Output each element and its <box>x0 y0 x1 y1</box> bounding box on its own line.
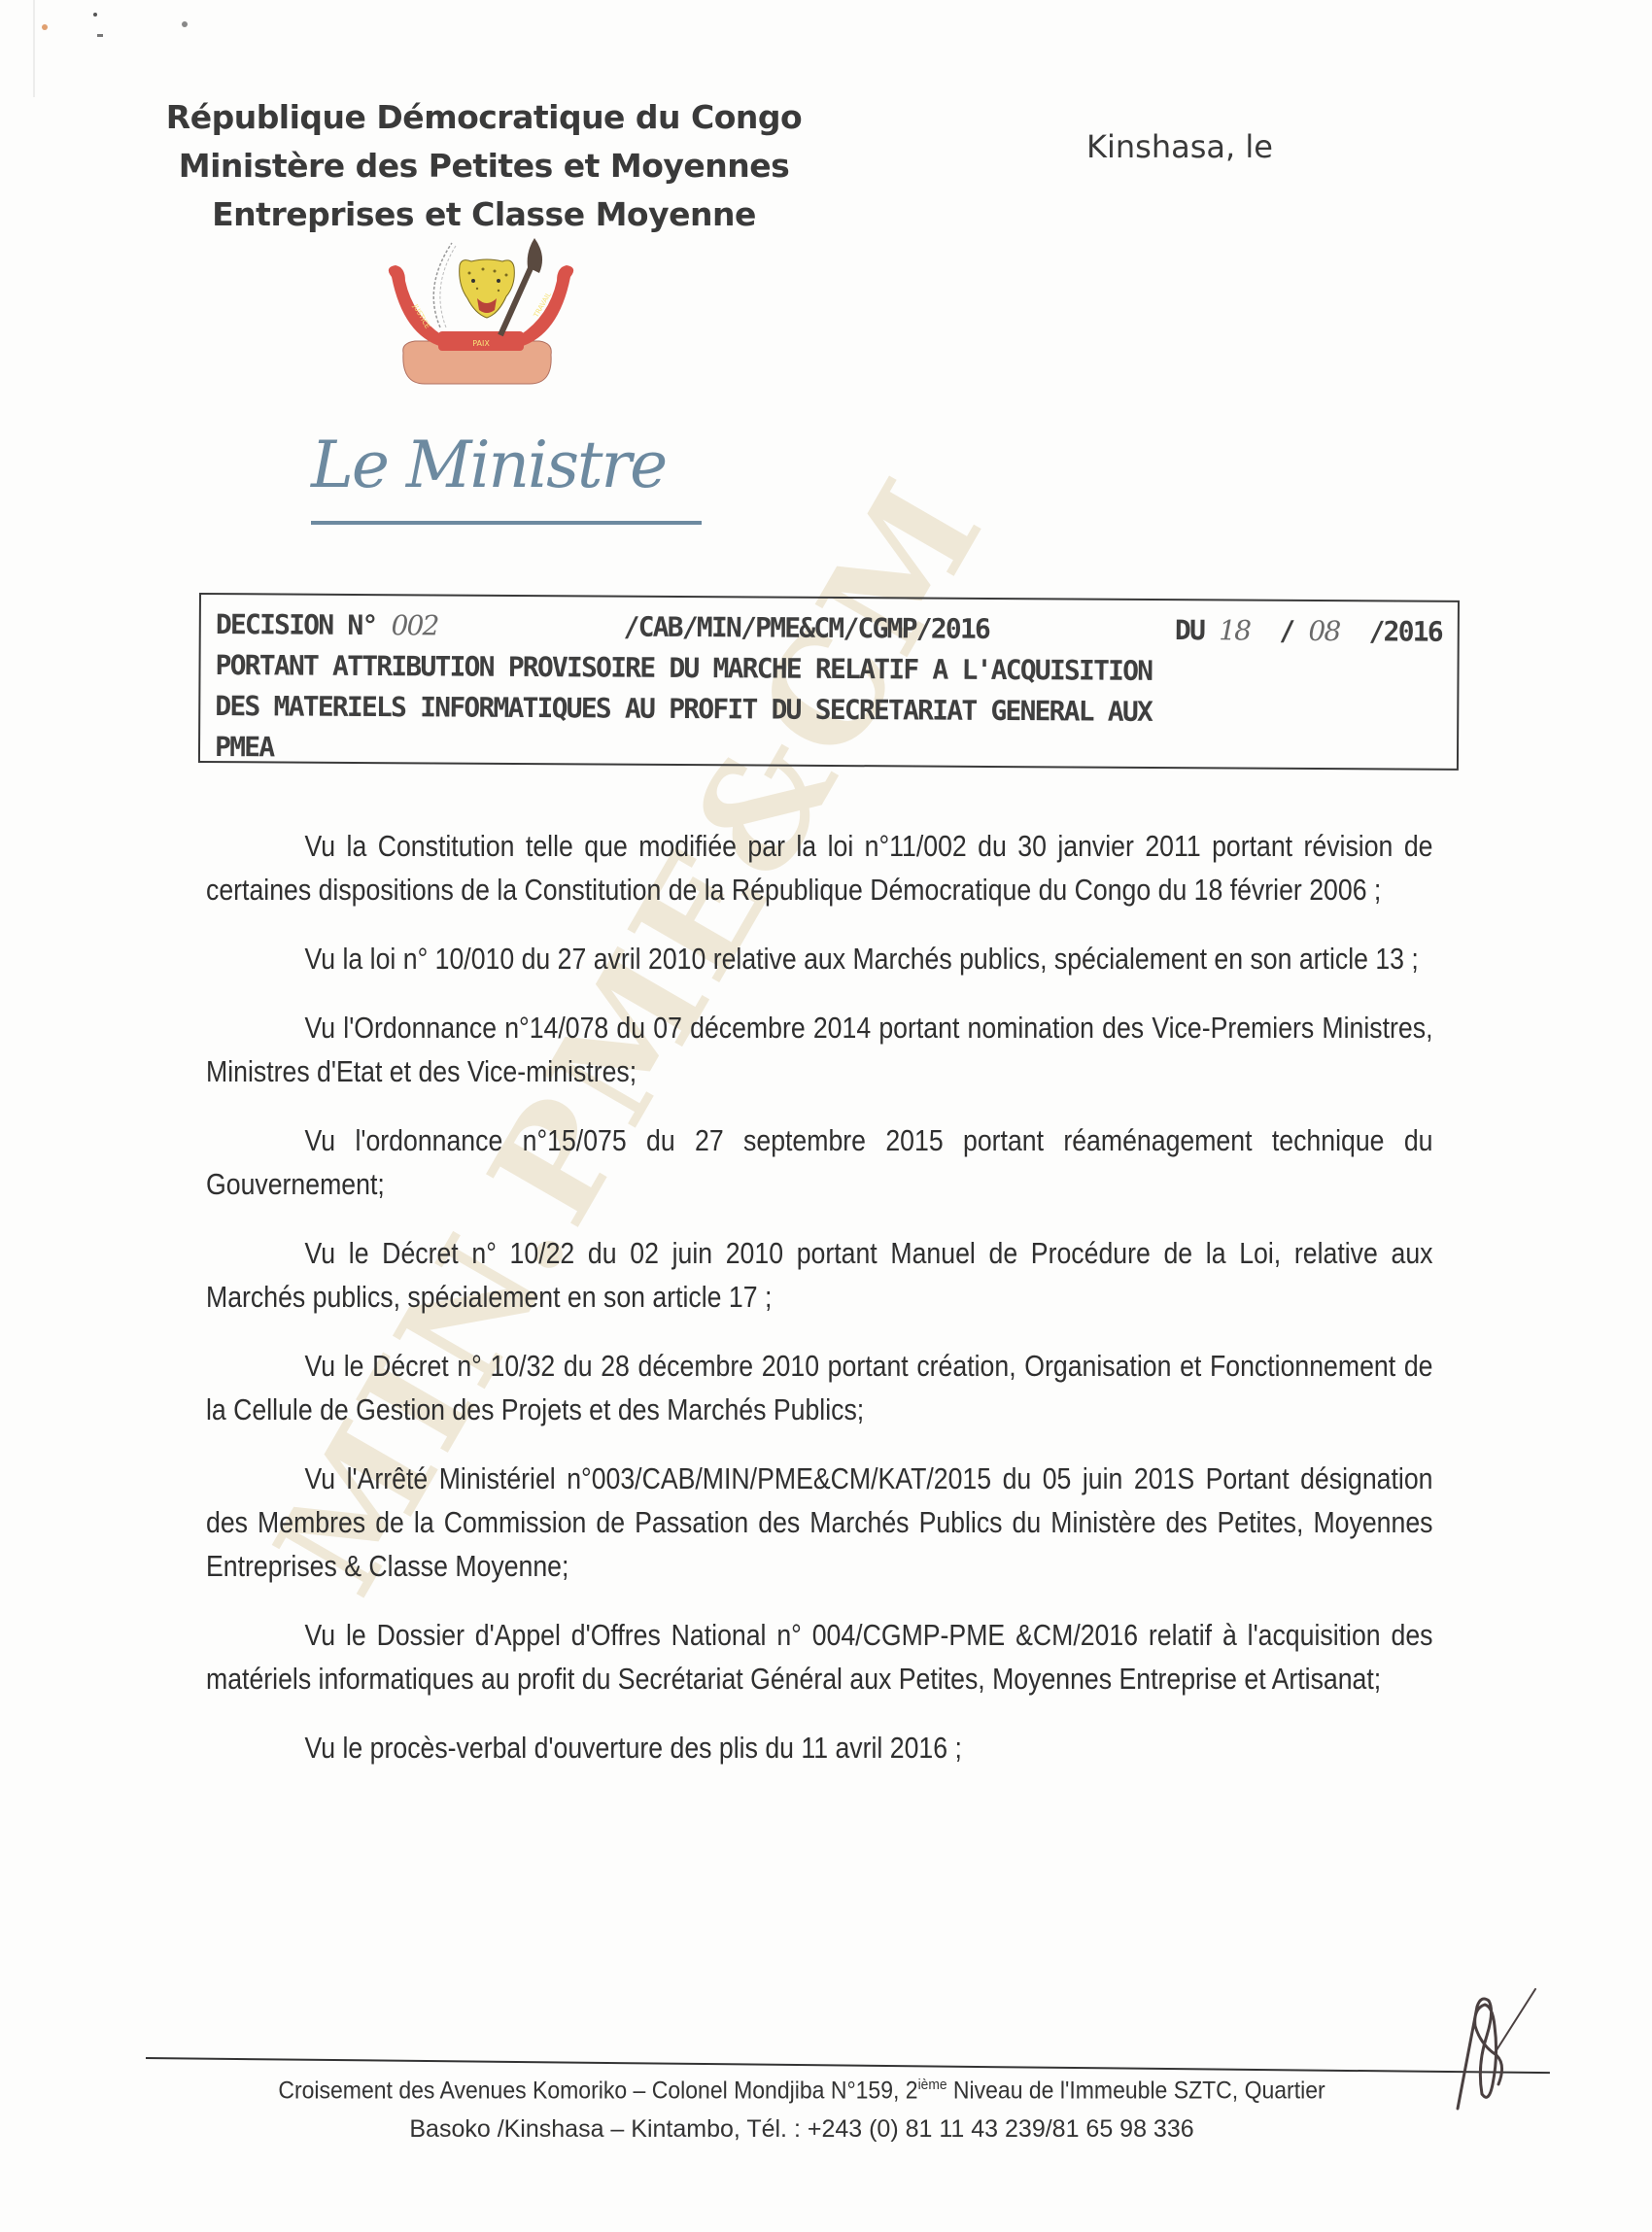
minister-title: Le Ministre <box>311 428 719 525</box>
decision-year: /2016 <box>1368 615 1441 647</box>
decision-reference: /CAB/MIN/PME&CM/CGMP/2016 <box>623 607 989 650</box>
decision-title-line: DES MATERIELS INFORMATIQUES AU PROFIT DU… <box>215 686 1441 735</box>
decision-title: DECISION N° 002 /CAB/MIN/PME&CM/CGMP/201… <box>215 604 1442 775</box>
drc-coat-of-arms-icon: PAIX JUSTICE TRAVAIL <box>374 238 588 394</box>
scan-specks <box>0 0 194 97</box>
footer-address-line-2: Basoko /Kinshasa – Kintambo, Tél. : +243… <box>155 2110 1448 2148</box>
consideration-decret-manuel: Vu le Décret n° 10/22 du 02 juin 2010 po… <box>206 1231 1432 1319</box>
header-line-ministry-cont: Entreprises et Classe Moyenne <box>163 190 805 239</box>
decision-prefix: DECISION N° <box>216 608 377 641</box>
consideration-ordonnance-nomination: Vu l'Ordonnance n°14/078 du 07 décembre … <box>206 1006 1432 1093</box>
consideration-dossier-appel-offres: Vu le Dossier d'Appel d'Offres National … <box>206 1613 1432 1700</box>
handwritten-signature-icon <box>1438 1987 1545 2113</box>
header-line-ministry: Ministère des Petites et Moyennes <box>163 142 805 190</box>
decision-month: 08 <box>1308 615 1339 647</box>
decision-date-label: DU <box>1175 614 1204 646</box>
svg-text:PAIX: PAIX <box>472 339 490 348</box>
consideration-ordonnance-reamenagement: Vu l'ordonnance n°15/075 du 27 septembre… <box>206 1118 1432 1206</box>
footer-address-line-1: Croisement des Avenues Komoriko – Colone… <box>207 2066 1396 2110</box>
decision-day: 18 <box>1219 614 1250 646</box>
place-date: Kinshasa, le <box>1086 128 1273 165</box>
header-line-country: République Démocratique du Congo <box>163 93 805 142</box>
consideration-decret-cellule: Vu le Décret n° 10/32 du 28 décembre 201… <box>206 1344 1432 1431</box>
decision-number: 002 <box>391 609 437 641</box>
consideration-loi-marches: Vu la loi n° 10/010 du 27 avril 2010 rel… <box>206 937 1432 980</box>
ministry-header: République Démocratique du Congo Ministè… <box>163 93 805 239</box>
footer-address: Croisement des Avenues Komoriko – Colone… <box>155 2066 1448 2148</box>
document-page: République Démocratique du Congo Ministè… <box>0 0 1652 2232</box>
decision-title-line: PMEA <box>215 727 1441 775</box>
consideration-constitution: Vu la Constitution telle que modifiée pa… <box>206 824 1432 911</box>
consideration-proces-verbal: Vu le procès-verbal d'ouverture des plis… <box>206 1726 1432 1769</box>
minister-underline <box>311 521 702 525</box>
consideration-arrete-commission: Vu l'Arrêté Ministériel n°003/CAB/MIN/PM… <box>206 1457 1432 1588</box>
considerations-list: Vu la Constitution telle que modifiée pa… <box>206 824 1260 1795</box>
